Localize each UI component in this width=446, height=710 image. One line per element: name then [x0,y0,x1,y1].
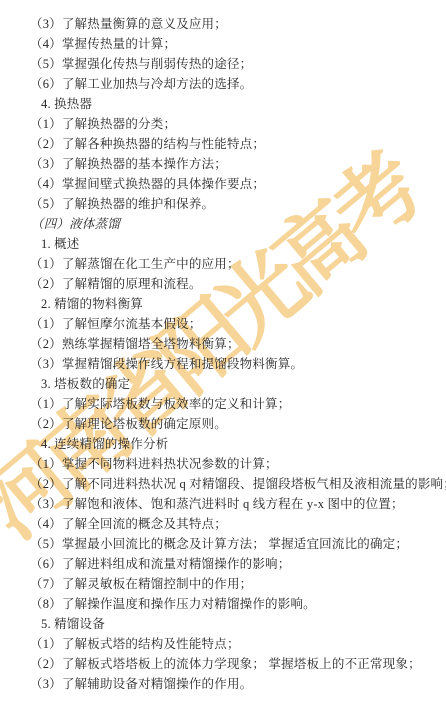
document-line-item: （1）了解实际塔板数与板效率的定义和计算； [0,394,446,414]
document-line-item: （4）掌握间壁式换热器的具体操作要点； [0,174,446,194]
document-line-item: （5）掌握最小回流比的概念及计算方法； 掌握适宜回流比的确定； [0,534,446,554]
document-line-item: （2）了解理论塔板数的确定原则。 [0,414,446,434]
document-line-item: （2）了解各种换热器的结构与性能特点； [0,134,446,154]
document-line-item: （1）掌握不同物料进料热状况参数的计算； [0,454,446,474]
document-line-section: 2. 精馏的物料衡算 [0,294,446,314]
document-line-item: （5）掌握强化传热与削弱传热的途径； [0,54,446,74]
document-line-section: 1. 概述 [0,234,446,254]
document-line-item: （2）了解不同进料热状况 q 对精馏段、提馏段塔板气相及液相流量的影响； [0,474,446,494]
document-line-item: （1）了解换热器的分类； [0,114,446,134]
document-line-section: 5. 精馏设备 [0,614,446,634]
document-line-item: （3）了解辅助设备对精馏操作的作用。 [0,674,446,694]
document-line-heading: （四）液体蒸馏 [0,214,446,234]
document-line-item: （4）掌握传热量的计算； [0,34,446,54]
document-page: 河南省阳光高考 （3）了解热量衡算的意义及应用；（4）掌握传热量的计算；（5）掌… [0,0,446,710]
document-line-item: （6）了解工业加热与冷却方法的选择。 [0,74,446,94]
document-line-item: （2）了解板式塔塔板上的流体力学现象； 掌握塔板上的不正常现象； [0,654,446,674]
document-line-item: （7）了解灵敏板在精馏控制中的作用； [0,574,446,594]
document-line-section: 4. 连续精馏的操作分析 [0,434,446,454]
document-line-item: （2）熟练掌握精馏塔全塔物料衡算； [0,334,446,354]
document-line-item: （6）了解进料组成和流量对精馏操作的影响； [0,554,446,574]
document-line-section: 4. 换热器 [0,94,446,114]
document-line-item: （2）了解精馏的原理和流程。 [0,274,446,294]
document-line-item: （1）了解蒸馏在化工生产中的应用； [0,254,446,274]
document-line-item: （1）了解板式塔的结构及性能特点； [0,634,446,654]
document-line-item: （5）了解换热器的维护和保养。 [0,194,446,214]
document-line-item: （1）了解恒摩尔流基本假设； [0,314,446,334]
document-content: （3）了解热量衡算的意义及应用；（4）掌握传热量的计算；（5）掌握强化传热与削弱… [0,0,446,710]
document-line-item: （4）了解全回流的概念及其特点； [0,514,446,534]
document-line-item: （3）了解饱和液体、饱和蒸汽进料时 q 线方程在 y-x 图中的位置； [0,494,446,514]
document-line-item: （3）掌握精馏段操作线方程和提馏段物料衡算。 [0,354,446,374]
document-line-item: （8）了解操作温度和操作压力对精馏操作的影响。 [0,594,446,614]
document-line-item: （3）了解热量衡算的意义及应用； [0,14,446,34]
document-line-item: （3）了解换热器的基本操作方法； [0,154,446,174]
document-line-section: 3. 塔板数的确定 [0,374,446,394]
